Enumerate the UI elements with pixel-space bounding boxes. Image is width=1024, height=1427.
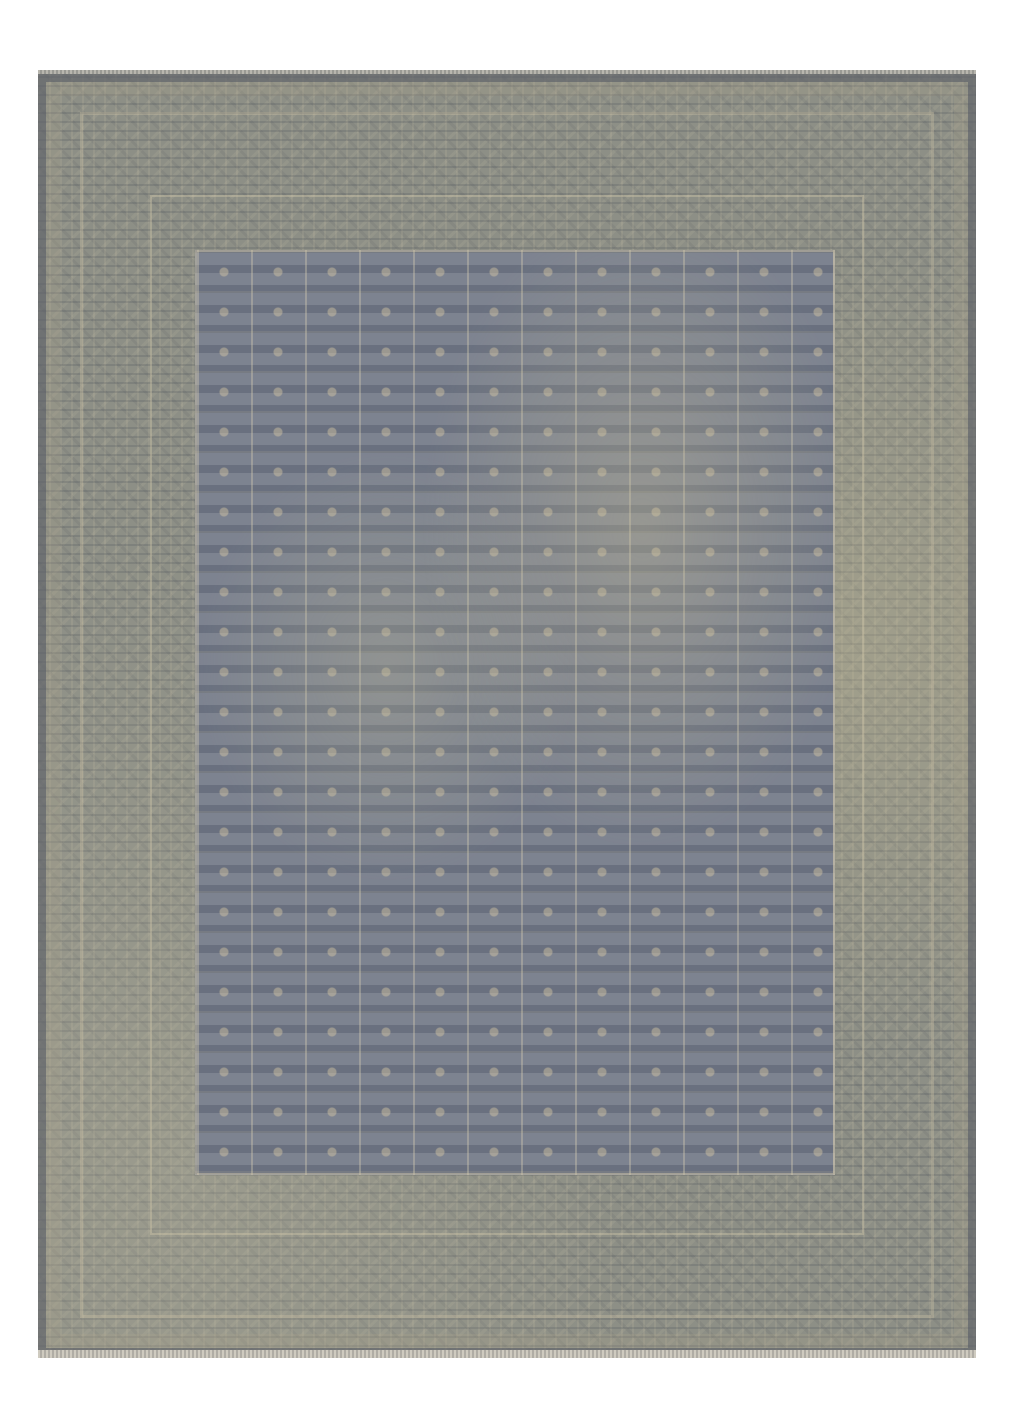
bottom-fringe [38,1350,976,1358]
rug-field [195,250,835,1175]
